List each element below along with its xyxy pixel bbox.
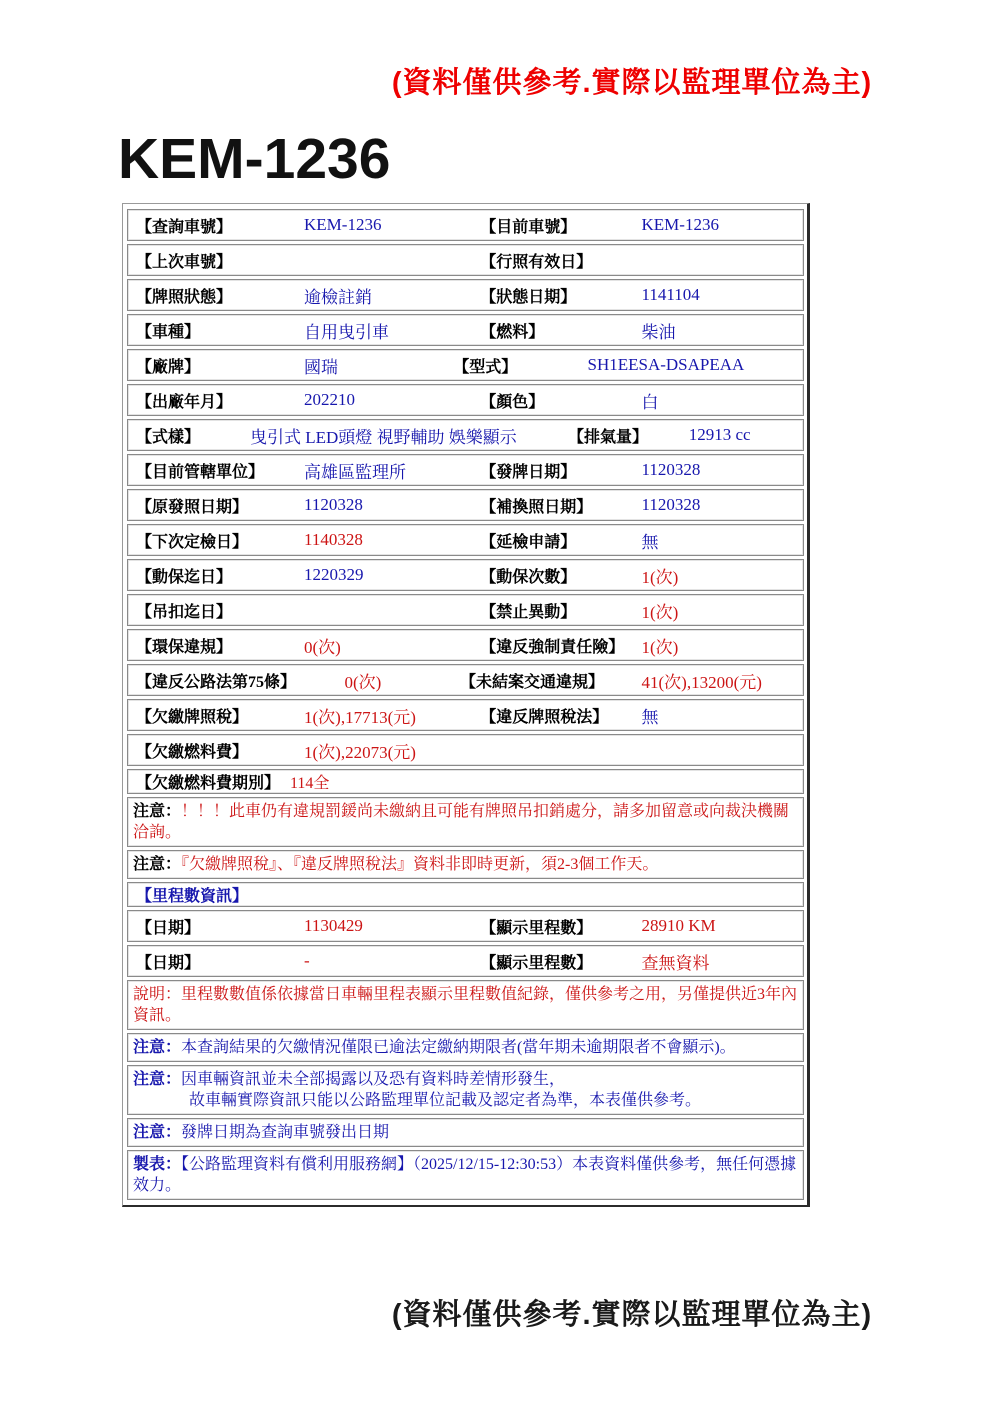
table-row-mileage-1: 【日期】 1130429 【顯示里程數】 28910 KM [127,910,804,942]
field-label: 【補換照日期】 [472,494,627,517]
field-label: 【車種】 [128,319,290,342]
field-label: 【行照有效日】 [472,249,627,272]
field-value: 1(次) [628,563,804,588]
field-label: 【發牌日期】 [472,459,627,482]
field-label: 【動保次數】 [472,564,627,587]
field-value: 114全 [280,770,329,793]
section-title: 【里程數資訊】 [128,883,248,906]
notice-row-overdue-scope: 注意：本查詢結果的欠繳情況僅限已逾法定繳納期限者(當年期未逾期限者不會顯示)。 [127,1033,804,1062]
field-label: 【型式】 [445,354,573,377]
field-value: - [290,951,472,971]
field-label: 【出廠年月】 [128,389,290,412]
table-row-style: 【式樣】 曳引式 LED頭燈 視野輔助 娛樂顯示 【排氣量】 12913 cc [127,419,804,451]
field-value: KEM-1236 [628,215,804,235]
notice-label: 注意： [133,1071,181,1088]
field-label: 【欠繳燃料費】 [128,739,290,762]
field-label: 【違反公路法第75條】 [128,669,331,692]
field-value: 白 [628,388,804,413]
field-value: 1120328 [628,460,804,480]
field-label: 【動保迄日】 [128,564,290,587]
table-row-prev-plate: 【上次車號】 【行照有效日】 [127,244,804,276]
table-row-env-violation: 【環保違規】 0(次) 【違反強制責任險】 1(次) [127,629,804,661]
notice-label: 注意： [133,856,181,873]
field-value: 自用曳引車 [290,318,472,343]
plate-number-heading: KEM-1236 [118,126,390,192]
field-value: 1220329 [290,565,472,585]
field-label: 【日期】 [128,950,290,973]
field-value: 202210 [290,390,472,410]
table-row-brand-model: 【廠牌】 國瑞 【型式】 SH1EESA-DSAPEAA [127,349,804,381]
field-label: 【吊扣迄日】 [128,599,290,622]
field-label: 【違反牌照稅法】 [472,704,627,727]
notice-text: 本查詢結果的欠繳情況僅限已逾法定繳納期限者(當年期未逾期限者不會顯示)。 [181,1039,736,1056]
field-label: 【日期】 [128,915,290,938]
notice-row-tax-update: 注意：『欠繳牌照稅』、『違反牌照稅法』資料非即時更新，須2-3個工作天。 [127,850,804,879]
field-label: 【未結案交通違規】 [452,669,628,692]
notice-row-mileage-explain: 說明：里程數數值係依據當日車輛里程表顯示里程數值紀錄，僅供參考之用，另僅提供近3… [127,980,804,1030]
field-label: 【顏色】 [472,389,627,412]
notice-label: 注意： [133,803,181,820]
field-label: 【目前車號】 [472,214,627,237]
table-row-fuel-fee-period: 【欠繳燃料費期別】 114全 [127,769,804,794]
notice-row-unpaid-fines: 注意：！！！此車仍有違規罰鍰尚未繳納且可能有牌照吊扣銷處分，請多加留意或向裁決機… [127,797,804,847]
section-row-mileage-info: 【里程數資訊】 [127,882,804,907]
field-value: 1130429 [290,916,472,936]
field-value: 1140328 [290,530,472,550]
field-value: SH1EESA-DSAPEAA [574,355,804,375]
field-label: 【排氣量】 [560,424,675,447]
disclaimer-top: (資料僅供參考.實際以監理單位為主) [0,60,992,101]
notice-text: 發牌日期為查詢車號發出日期 [181,1124,389,1141]
field-label: 【欠繳牌照稅】 [128,704,290,727]
field-value: 國瑞 [290,353,445,378]
field-label: 【牌照狀態】 [128,284,290,307]
field-value: 柴油 [628,318,804,343]
field-value: 1120328 [290,495,472,515]
table-row-next-inspection: 【下次定檢日】 1140328 【延檢申請】 無 [127,524,804,556]
field-value: 28910 KM [628,916,804,936]
vehicle-report-table: 【查詢車號】 KEM-1236 【目前車號】 KEM-1236 【上次車號】 【… [122,203,810,1207]
field-label: 【目前管轄單位】 [128,459,290,482]
field-value: KEM-1236 [290,215,472,235]
field-value: 1(次) [628,633,804,658]
field-value: 高雄區監理所 [290,458,472,483]
field-label: 【禁止異動】 [472,599,627,622]
table-row-unpaid-license-tax: 【欠繳牌照稅】 1(次),17713(元) 【違反牌照稅法】 無 [127,699,804,731]
table-row-highway-act: 【違反公路法第75條】 0(次) 【未結案交通違規】 41(次),13200(元… [127,664,804,696]
notice-label: 注意： [133,1039,181,1056]
notice-text: 『欠繳牌照稅』、『違反牌照稅法』資料非即時更新，須2-3個工作天。 [181,856,658,873]
notice-row-data-lag: 注意：因車輛資訊並未全部揭露以及恐有資料時差情形發生， 故車輛實際資訊只能以公路… [127,1065,804,1115]
field-value: 查無資料 [628,949,804,974]
field-value: 逾檢註銷 [290,283,472,308]
field-value: 12913 cc [675,425,803,445]
notice-text: ！！！此車仍有違規罰鍰尚未繳納且可能有牌照吊扣銷處分，請多加留意或向裁決機關洽詢… [133,803,789,841]
field-value: 1120328 [628,495,804,515]
field-value: 41(次),13200(元) [628,668,804,693]
table-row-plate-status: 【牌照狀態】 逾檢註銷 【狀態日期】 1141104 [127,279,804,311]
table-row-suspension: 【吊扣迄日】 【禁止異動】 1(次) [127,594,804,626]
table-row-license-dates: 【原發照日期】 1120328 【補換照日期】 1120328 [127,489,804,521]
field-label: 【下次定檢日】 [128,529,290,552]
notice-text: 【公路監理資料有償利用服務網】（2025/12/15-12:30:53）本表資料… [133,1156,796,1194]
notice-row-issue-date: 注意：發牌日期為查詢車號發出日期 [127,1118,804,1147]
field-label: 【狀態日期】 [472,284,627,307]
table-row-mortgage: 【動保迄日】 1220329 【動保次數】 1(次) [127,559,804,591]
field-label: 【欠繳燃料費期別】 [128,770,280,793]
notice-row-report-footer: 製表：【公路監理資料有償利用服務網】（2025/12/15-12:30:53）本… [127,1150,804,1200]
field-label: 【延檢申請】 [472,529,627,552]
notice-label: 注意： [133,1124,181,1141]
disclaimer-bottom: (資料僅供參考.實際以監理單位為主) [0,1292,992,1333]
field-label: 【原發照日期】 [128,494,290,517]
field-label: 【顯示里程數】 [472,915,627,938]
field-label: 【廠牌】 [128,354,290,377]
table-row-mileage-2: 【日期】 - 【顯示里程數】 查無資料 [127,945,804,977]
field-value: 無 [628,528,804,553]
table-row-manufacture-date: 【出廠年月】 202210 【顏色】 白 [127,384,804,416]
field-value: 曳引式 LED頭燈 視野輔助 娛樂顯示 [236,423,560,448]
notice-text: 故車輛實際資訊只能以公路監理單位記載及認定者為準，本表僅供參考。 [189,1092,701,1109]
field-label: 【查詢車號】 [128,214,290,237]
field-value: 0(次) [331,668,453,693]
field-label: 【違反強制責任險】 [472,634,627,657]
field-value: 0(次) [290,633,472,658]
table-row-vehicle-type: 【車種】 自用曳引車 【燃料】 柴油 [127,314,804,346]
field-value: 無 [628,703,804,728]
field-value: 1(次),17713(元) [290,703,472,728]
table-row-jurisdiction: 【目前管轄單位】 高雄區監理所 【發牌日期】 1120328 [127,454,804,486]
field-label: 【上次車號】 [128,249,290,272]
field-label: 【式樣】 [128,424,236,447]
field-value: 1141104 [628,285,804,305]
notice-label: 製表： [133,1156,181,1173]
notice-text: 因車輛資訊並未全部揭露以及恐有資料時差情形發生， [181,1071,565,1088]
table-row-unpaid-fuel-fee: 【欠繳燃料費】 1(次),22073(元) [127,734,804,766]
table-row-query-plate: 【查詢車號】 KEM-1236 【目前車號】 KEM-1236 [127,209,804,241]
field-value: 1(次) [628,598,804,623]
field-label: 【環保違規】 [128,634,290,657]
field-value: 1(次),22073(元) [290,738,803,763]
field-label: 【燃料】 [472,319,627,342]
field-label: 【顯示里程數】 [472,950,627,973]
